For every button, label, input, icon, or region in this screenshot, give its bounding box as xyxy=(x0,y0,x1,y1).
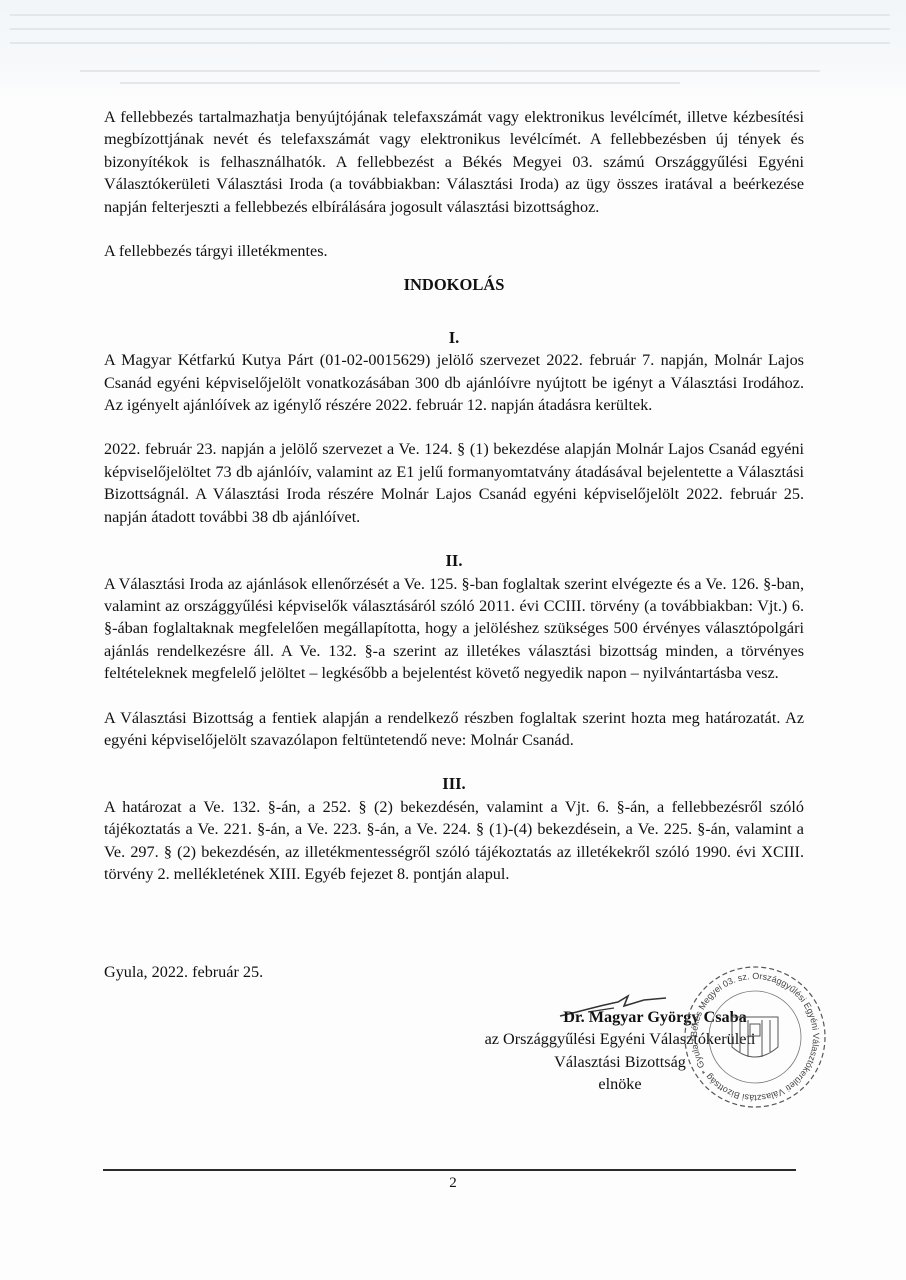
section-ii-paragraph-1: A Választási Iroda az ajánlások ellenőrz… xyxy=(104,573,804,685)
section-i-paragraph-2: 2022. február 23. napján a jelölő szerve… xyxy=(104,438,804,528)
paragraph-appeal-contents: A fellebbezés tartalmazhatja benyújtóján… xyxy=(104,106,804,218)
coat-of-arms-icon xyxy=(732,1017,778,1057)
page-number: 2 xyxy=(0,1175,906,1192)
bleed-line xyxy=(10,28,890,30)
footer-divider xyxy=(103,1169,796,1171)
document-body: A fellebbezés tartalmazhatja benyújtóján… xyxy=(104,106,804,885)
bleed-line xyxy=(80,70,820,72)
section-iii-paragraph-1: A határozat a Ve. 132. §-án, a 252. § (2… xyxy=(104,796,804,886)
paragraph-fee-exempt: A fellebbezés tárgyi illetékmentes. xyxy=(104,240,804,262)
section-i-paragraph-1: A Magyar Kétfarkú Kutya Párt (01-02-0015… xyxy=(104,349,804,416)
bleed-line xyxy=(10,14,890,16)
place-and-date: Gyula, 2022. február 25. xyxy=(104,963,263,982)
section-numeral-i: I. xyxy=(104,327,804,349)
section-ii-paragraph-2: A Választási Bizottság a fentiek alapján… xyxy=(104,707,804,752)
bleed-line xyxy=(120,82,680,84)
official-stamp-icon: Békés Megyei 03. sz. Országgyűlési Egyén… xyxy=(680,962,830,1112)
section-numeral-ii: II. xyxy=(104,550,804,572)
back-page-bleed-through xyxy=(0,0,906,100)
bleed-line xyxy=(10,42,890,44)
section-numeral-iii: III. xyxy=(104,773,804,795)
heading-indokolas: INDOKOLÁS xyxy=(104,274,804,296)
